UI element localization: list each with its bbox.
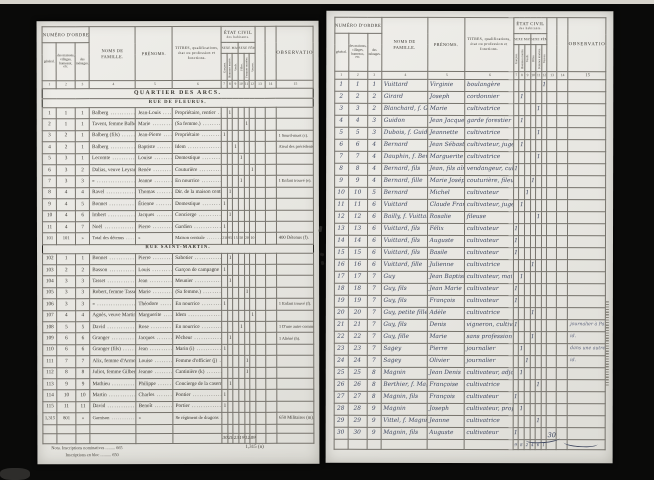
house-number-cell: 2 [348, 91, 367, 103]
blank-cell [557, 200, 568, 212]
surname-cell: Dauphin, f. Bernard [381, 151, 427, 163]
surname-cell: Imbert [90, 210, 136, 221]
table-row: 111BalbergJean-LouisPropriétaire, rentie… [42, 107, 313, 119]
blank-cell [265, 321, 276, 332]
table-row: 29299Vittel, f. MagninJeannecultivatrice… [334, 415, 605, 427]
order-number-cell: 106 [43, 299, 57, 310]
profession-cell: cultivatrice [464, 379, 513, 391]
header-maisons: des maisons, villages, hameaux, etc. [56, 43, 75, 81]
table-row: 28289MagninJosephcultivateur, propriétai… [334, 403, 605, 415]
observations-cell [276, 153, 313, 164]
order-number-cell: 6 [43, 165, 57, 176]
observations-cell [277, 424, 314, 433]
column-number-cell: 14 [557, 72, 568, 80]
table-row: 22227Guy, filleMariesans profession1id. [334, 331, 605, 343]
blank-cell [256, 390, 266, 401]
observations-cell: 1 Aliéné (h). [276, 333, 313, 344]
blank-cell [265, 153, 276, 164]
blank-cell [547, 344, 557, 356]
observations-cell: id. [568, 356, 605, 368]
profession-cell: cultivatrice [464, 127, 513, 139]
right-page: NUMÉRO D'ORDRE. NOMS DE FAMILLE. PRÉNOMS… [326, 11, 614, 464]
profession-cell: Garçon de campagne [173, 264, 222, 275]
blank-cell [557, 260, 568, 272]
profession-cell: Meunier [173, 276, 222, 287]
firstname-cell: Marie [427, 331, 464, 343]
household-number-cell: 4 [367, 139, 381, 151]
profession-cell: Domestique [173, 153, 222, 164]
house-number-cell: 5 [57, 322, 76, 333]
firstname-cell: Jean Sébastien [427, 139, 464, 151]
blank-cell [557, 236, 568, 248]
house-number-cell: 2 [56, 130, 75, 141]
observations-cell: Aïeul des précédents. 1 Aveugle (d). [276, 141, 313, 152]
house-number-cell: 17 [348, 271, 367, 283]
profession-cell: Idem [173, 142, 222, 153]
blank-cell [255, 198, 265, 209]
order-number-cell: 30 [334, 427, 348, 439]
profession-cell: En nourrice [173, 299, 222, 310]
surname-cell: Tavent, femme Balberg [89, 119, 135, 130]
surname-cell: Dalias, veuve Leyrand [90, 165, 136, 176]
blank-cell [255, 299, 265, 310]
order-number-cell: 7 [334, 151, 348, 163]
order-number-cell: 16 [334, 259, 348, 271]
header-menages: des ménages. [75, 43, 89, 81]
order-number-cell: 111 [43, 356, 57, 367]
order-number-cell: 7 [43, 176, 57, 187]
blank-cell [265, 107, 276, 118]
household-number-cell: 1 [76, 253, 90, 264]
header-numero-ordre: NUMÉRO D'ORDRE. [42, 27, 89, 43]
house-number-cell: 7 [348, 151, 367, 163]
firstname-cell: Jeanne [427, 415, 464, 427]
blank-cell [255, 164, 265, 175]
order-number-cell: 15 [334, 247, 348, 259]
firstname-cell: Pierre [136, 253, 173, 264]
profession-cell: Pêcheur [173, 333, 222, 344]
profession-cell: cultivatrice [464, 103, 513, 115]
blank-cell [557, 248, 568, 260]
house-number-cell: 15 [348, 247, 367, 259]
blank-cell [255, 253, 265, 264]
household-number-cell: 4 [367, 175, 381, 187]
firstname-cell: Jean, fils aîné [427, 163, 464, 175]
blank-cell [265, 164, 276, 175]
house-number-cell: 20 [348, 307, 367, 319]
house-number-cell: 3 [57, 165, 76, 176]
household-number-cell: 1 [75, 130, 89, 141]
order-number-cell: 110 [43, 345, 57, 356]
blank-cell [266, 390, 277, 401]
house-number-cell: 2 [56, 142, 75, 153]
firstname-cell: Adèle [427, 307, 464, 319]
table-row: 531LecomteLouiseDomestique1 [43, 153, 314, 165]
surname-cell: Vuittard, fille [381, 259, 427, 271]
house-number-cell: 8 [348, 163, 367, 175]
profession-cell: cultivateur [464, 391, 513, 403]
table-row: 222GirardJosephcordonnier1 [334, 91, 605, 103]
observations-cell [568, 248, 605, 260]
blank-cell [557, 140, 568, 152]
column-number-cell: 6 [172, 80, 221, 88]
blank-cell [557, 212, 568, 224]
edge-watermark [606, 301, 609, 386]
blank-cell [266, 378, 277, 389]
profession-cell: Cantinière (k) [173, 367, 222, 378]
house-number-cell: 4 [57, 310, 76, 321]
household-number-cell: 6 [367, 223, 381, 235]
table-body-right: 123456789101112131415111VuittardVirginie… [334, 71, 606, 449]
profession-cell: Concierge [173, 210, 222, 221]
surname-cell [90, 433, 136, 443]
blank-cell [265, 198, 276, 209]
blank-cell [266, 401, 277, 412]
table-row: 1141010MartinCharlesPontier1 [43, 390, 314, 402]
blank-cell [265, 221, 276, 232]
profession-cell: cultivateur [464, 283, 513, 295]
surname-cell: Ravel [90, 187, 136, 198]
profession-cell: vigneron, cultivateur [464, 319, 513, 331]
surname-cell: Basson [90, 265, 136, 276]
household-number-cell: » [76, 413, 90, 424]
blank-cell [557, 92, 568, 104]
surname-cell: Bernard [381, 139, 427, 151]
binding-mark [321, 261, 325, 266]
blank-cell [557, 104, 568, 116]
surname-cell: Bailly, f. Vuittard [381, 211, 427, 223]
observations-cell [568, 416, 605, 428]
surname-cell: Bonnet [90, 199, 136, 210]
order-number-cell: 108 [43, 322, 57, 333]
blank-cell [557, 272, 568, 284]
firstname-cell: Louise [136, 153, 173, 164]
blank-cell [266, 344, 277, 355]
table-row: 26268Berthier, f. MagninFrançoisecultiva… [334, 379, 605, 391]
observations-cell [277, 355, 314, 366]
household-number-cell: 9 [76, 379, 90, 390]
column-number-cell: 4 [381, 71, 427, 79]
order-number-cell: 102 [43, 253, 57, 264]
house-number-cell: 25 [348, 367, 367, 379]
blank-cell [265, 287, 276, 298]
order-number-cell: 8 [334, 163, 348, 175]
house-number-cell: 1 [348, 79, 367, 91]
header-general: général. [42, 43, 56, 81]
firstname-cell: Charles [136, 390, 173, 401]
house-number-cell: 1 [57, 253, 76, 264]
table-body-left: 123456789101112131415QUARTIER DES ARCS.R… [42, 80, 313, 443]
surname-cell: Agnès, veuve Martin [90, 310, 136, 321]
surname-cell: Magnin, fils [381, 391, 427, 403]
blank-cell [547, 92, 557, 104]
household-number-cell: 8 [367, 379, 381, 391]
firstname-cell: Félix [427, 223, 464, 235]
column-number-cell: 4 [89, 81, 135, 89]
observations-cell [568, 272, 605, 284]
column-number-cell: 15 [568, 72, 605, 80]
totals-row: 101101»Total des détenus»Maison centrale… [43, 233, 314, 245]
profession-cell: cordonnier [464, 91, 513, 103]
observations-cell [568, 212, 605, 224]
house-number-cell: 18 [348, 283, 367, 295]
firstname-cell: Jeannette [427, 127, 464, 139]
household-number-cell: 7 [367, 283, 381, 295]
observations-cell [277, 378, 314, 389]
order-number-cell: 114 [43, 390, 57, 401]
header-prenoms: PRÉNOMS. [427, 17, 464, 71]
house-number-cell [57, 433, 76, 443]
household-number-cell: 7 [76, 356, 90, 367]
surname-cell: Noël [90, 221, 136, 232]
order-number-cell: 18 [334, 283, 348, 295]
firstname-cell: Jeanne [136, 367, 173, 378]
table-row: 1046ImbertJacquesConcierge1 [43, 210, 314, 222]
table-row: 13136Vuittard, filsFélixcultivateur1 [334, 223, 605, 235]
blank-cell [256, 378, 266, 389]
surname-cell: Bernard, fille [381, 175, 427, 187]
surname-cell: Balberg [90, 142, 136, 153]
firstname-cell: Claude François [427, 199, 464, 211]
household-number-cell: 7 [367, 295, 381, 307]
column-number-cell: 3 [75, 81, 89, 89]
order-number-cell: 1 [334, 79, 348, 91]
observations-cell [276, 164, 313, 175]
header-noms: NOMS DE FAMILLE. [381, 17, 427, 71]
header-general: général. [334, 33, 348, 71]
observations-cell: 400 Détenus (f). [276, 233, 313, 244]
profession-cell: sans profession [464, 331, 513, 343]
blank-cell [265, 233, 276, 244]
profession-cell: En nourrice [173, 176, 222, 187]
column-number-cell: 13 [547, 72, 557, 80]
scan-edge-sliver [0, 0, 654, 4]
surname-cell: Vuittard, fils [381, 247, 427, 259]
firstname-cell: Renée [136, 164, 173, 175]
house-number-cell: 16 [348, 259, 367, 271]
order-number-cell: 3 [334, 103, 348, 115]
house-number-cell: 11 [57, 401, 76, 412]
household-number-cell: 1 [75, 108, 89, 119]
table-row: 24247SageyOlivierjournalier1id. [334, 355, 605, 367]
order-number-cell: 103 [43, 265, 57, 276]
surname-cell: Martin [90, 390, 136, 401]
order-number-cell: 3 [42, 131, 56, 142]
table-row: 19197Guy, filsFrançoiscultivateur1 [334, 295, 605, 307]
observations-cell [568, 284, 605, 296]
observations-cell: 1 Enfant trouvé (f). [276, 298, 313, 309]
column-number-cell: 14 [265, 80, 276, 88]
table-row: 421BalbergBaptisteIdem1Aïeul des précéde… [42, 141, 313, 153]
blank-cell [557, 380, 568, 392]
observations-cell [568, 92, 605, 104]
surname-cell: David [90, 401, 136, 412]
surname-cell: » [90, 176, 136, 187]
footnote-line1: Nota. Inscriptions nominatives .........… [51, 445, 122, 452]
house-number-cell [348, 439, 367, 449]
blank-cell [255, 333, 265, 344]
blank-cell [265, 333, 276, 344]
house-number-cell: 801 [57, 413, 76, 424]
blank-cell [265, 176, 276, 187]
order-number-cell: 105 [43, 288, 57, 299]
column-number-cell: 3 [367, 71, 381, 79]
firstname-cell: François [427, 295, 464, 307]
table-row: 16166Vuittard, filleJuliennecultivatrice… [334, 259, 605, 271]
table-row: 1147NoëlPierreGardien1 [43, 221, 314, 233]
blank-cell [547, 260, 557, 272]
blank-cell [255, 141, 265, 152]
table-row: 443GuidonJean Jacquesgarde forestier1 [334, 115, 605, 127]
observations-cell [276, 253, 313, 264]
surname-cell: Vittel, f. Magnin [381, 415, 427, 427]
blank-cell [557, 164, 568, 176]
blank-cell [557, 152, 568, 164]
header-sexe-feminin: SEXE FÉMININ. [238, 42, 255, 53]
profession-cell: cultivateur, juge [464, 199, 513, 211]
household-number-cell: 9 [367, 415, 381, 427]
firstname-cell: Jean [136, 276, 173, 287]
household-number-cell: 4 [367, 151, 381, 163]
header-sexe-masculin: SEXE MASCULIN. [514, 34, 531, 45]
blank-cell [547, 320, 557, 332]
order-number-cell: 2 [42, 119, 56, 130]
house-number-cell: 26 [348, 379, 367, 391]
firstname-cell: Jean-Pierre [135, 130, 172, 141]
table-row: 10533Robert, femme TassetMarie(Sa femme.… [43, 287, 314, 299]
table-row: 332Blanchard, f. GirardMariecultivatrice… [334, 103, 605, 115]
table-row: 733»JeanneEn nourrice11 Enfant trouvé (e… [43, 176, 314, 188]
profession-cell: Dir. de la maison centrale [173, 187, 222, 198]
house-number-cell: 4 [57, 199, 76, 210]
order-number-cell [43, 433, 57, 443]
blank-cell [547, 212, 557, 224]
house-number-cell: 19 [348, 295, 367, 307]
household-number-cell: 3 [367, 115, 381, 127]
observations-cell [277, 367, 314, 378]
firstname-cell: Jean Baptiste [427, 271, 464, 283]
observations-cell [568, 236, 605, 248]
blank-cell [265, 299, 276, 310]
order-number-cell: 10 [334, 187, 348, 199]
table-row: 211Tavent, femme BalbergMarie(Sa femme.)… [42, 119, 313, 131]
surname-cell: Magnin [381, 403, 427, 415]
surname-cell: Garnison [90, 413, 136, 424]
observations-cell [568, 116, 605, 128]
household-number-cell: 10 [76, 390, 90, 401]
surname-cell: Dubois, f. Guidon [381, 127, 427, 139]
profession-cell: Gardien [173, 221, 222, 232]
profession-cell: cultivatrice [464, 151, 513, 163]
observations-cell [276, 310, 313, 321]
scan-corner-artifact [0, 468, 30, 480]
table-row: 10322BassonLouisGarçon de campagne1 [43, 264, 314, 276]
profession-cell: cultivateur, propriétaire [464, 403, 513, 415]
observations-cell: 1 Sourd-muet (c). [276, 130, 313, 141]
totals-row: 1,315801»Garnison»8e régiment de dragons… [43, 412, 314, 424]
firstname-cell: Jean Jacques [427, 115, 464, 127]
household-number-cell: 7 [367, 331, 381, 343]
house-number-cell [57, 424, 76, 433]
order-number-cell: 24 [334, 355, 348, 367]
blank-cell [256, 367, 266, 378]
blank-cell [547, 284, 557, 296]
header-veuves: Veuves. [249, 53, 255, 80]
column-number-cell: 5 [135, 81, 172, 89]
firstname-cell: Marie [136, 287, 173, 298]
household-number-cell: 6 [367, 199, 381, 211]
house-number-cell: 13 [348, 223, 367, 235]
order-number-cell [43, 424, 57, 433]
blank-cell [547, 188, 557, 200]
observations-cell [568, 128, 605, 140]
order-number-cell: 29 [334, 415, 348, 427]
order-number-cell: 9 [334, 175, 348, 187]
observations-cell [568, 188, 605, 200]
header-sexe-masculin: SEXE MASCULIN. [221, 42, 238, 53]
header-titres: TITRES, qualifications, état ou professi… [172, 26, 221, 80]
house-number-cell: 6 [348, 139, 367, 151]
profession-cell: journalier [464, 355, 513, 367]
binding-mark [320, 252, 325, 256]
observations-cell [568, 152, 605, 164]
scanned-register-page: NUMÉRO D'ORDRE. NOMS DE FAMILLE. PRÉNOMS… [0, 0, 654, 480]
blank-cell [255, 153, 265, 164]
column-number-cell: 15 [276, 80, 313, 88]
firstname-cell: Marie [427, 103, 464, 115]
surname-cell: Blanchard, f. Girard [381, 103, 427, 115]
observations-cell [276, 264, 313, 275]
house-number-cell: 14 [348, 235, 367, 247]
household-number-cell: 4 [76, 310, 90, 321]
blank-cell [265, 210, 276, 221]
household-number-cell: 8 [76, 367, 90, 378]
observations-cell: 1 Enfant trouvé (e). [276, 176, 313, 187]
household-number-cell: 11 [76, 401, 90, 412]
profession-cell: Femme d'officier (j) [173, 356, 222, 367]
house-number-cell: 22 [348, 331, 367, 343]
blank-cell [255, 130, 265, 141]
header-col14-blank [265, 26, 276, 80]
household-number-cell: 3 [76, 288, 90, 299]
blank-cell [547, 248, 557, 260]
firstname-cell: Jean [136, 344, 173, 355]
blank-cell [256, 433, 266, 443]
household-number-cell [367, 439, 381, 449]
household-number-cell: 6 [367, 211, 381, 223]
order-number-cell: 4 [42, 142, 56, 153]
order-number-cell: 5 [43, 153, 57, 164]
firstname-cell: François [427, 391, 464, 403]
blank-cell [265, 264, 276, 275]
household-number-cell: 5 [76, 322, 90, 333]
firstname-cell: Jean Marie [427, 283, 464, 295]
observations-cell [277, 433, 314, 443]
left-page: NUMÉRO D'ORDRE. NOMS DE FAMILLE. PRÉNOMS… [37, 21, 320, 465]
household-number-cell: 6 [76, 210, 90, 221]
firstname-cell [427, 439, 464, 449]
table-row: 18187Guy, filsJean Mariecultivateur1 [334, 283, 605, 295]
household-number-cell [76, 433, 90, 443]
observations-cell [568, 380, 605, 392]
blank-cell [547, 104, 557, 116]
household-number-cell: 6 [367, 259, 381, 271]
order-number-cell: 13 [334, 223, 348, 235]
column-number-cell: 13 [255, 80, 265, 88]
order-number-cell: 6 [334, 139, 348, 151]
observations-cell: 650 Militaires (m). [277, 412, 314, 423]
header-titres: TITRES, qualifications, état ou professi… [464, 17, 513, 71]
